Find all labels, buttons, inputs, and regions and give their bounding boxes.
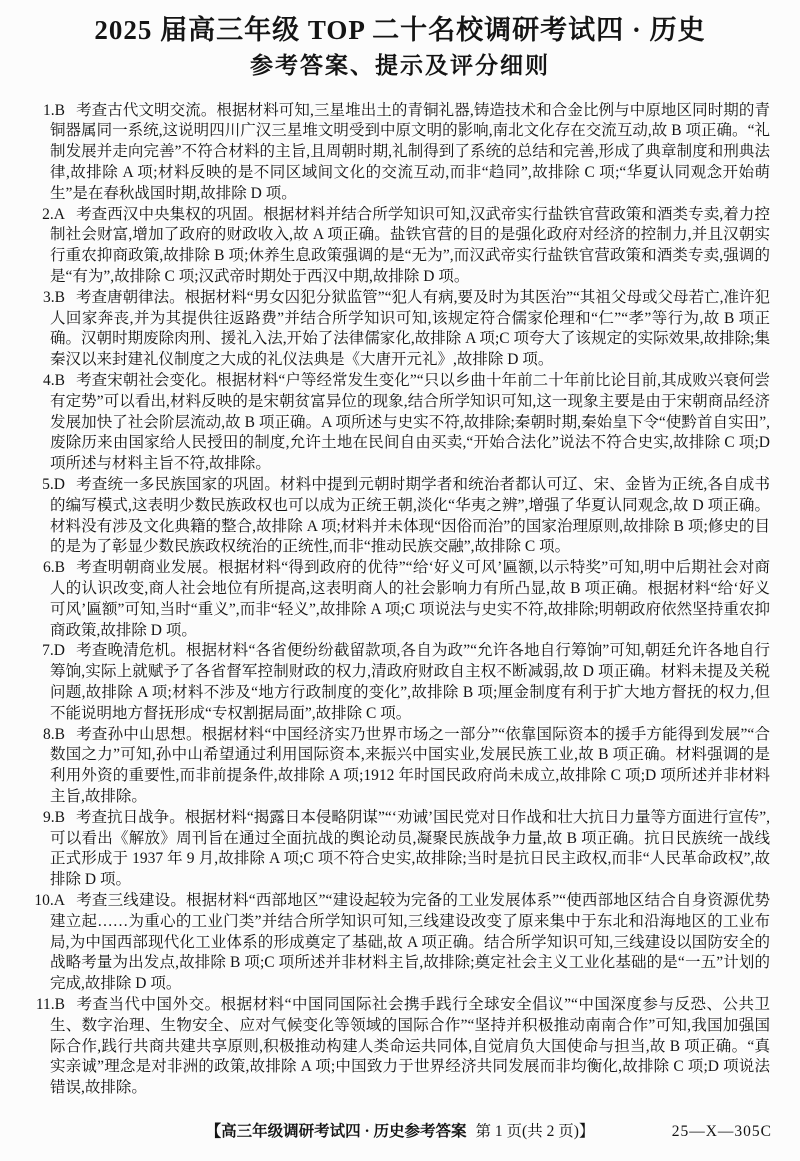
answer-text: 考查孙中山思想。根据材料“中国经济实乃世界市场之一部分”“依靠国际资本的援手方能… — [50, 726, 770, 805]
answer-number: 9.B — [31, 808, 65, 829]
answer-item-1: 1.B考查古代文明交流。根据材料可知,三星堆出土的青铜礼器,铸造技术和合金比例与… — [31, 101, 770, 205]
page-subtitle: 参考答案、提示及评分细则 — [0, 51, 800, 81]
answer-number: 11.B — [31, 995, 65, 1016]
answer-item-11: 11.B考查当代中国外交。根据材料“中国同国际社会携手践行全球安全倡议”“中国深… — [31, 995, 770, 1099]
answer-number: 2.A — [31, 205, 65, 226]
answer-item-3: 3.B考查唐朝律法。根据材料“男女囚犯分狱监管”“犯人有病,要及时为其医治”“其… — [31, 288, 770, 371]
answer-text: 考查当代中国外交。根据材料“中国同国际社会携手践行全球安全倡议”“中国深度参与反… — [50, 996, 770, 1096]
answer-item-7: 7.D考查晚清危机。根据材料“各省便纷纷截留款项,各自为政”“允许各地自行筹饷”… — [31, 641, 770, 724]
answer-list: 1.B考查古代文明交流。根据材料可知,三星堆出土的青铜礼器,铸造技术和合金比例与… — [0, 101, 800, 1099]
footer-page-info: 第 1 页(共 2 页)】 — [476, 1123, 595, 1140]
page-title: 2025 届高三年级 TOP 二十名校调研考试四 · 历史 — [0, 0, 800, 48]
answer-text: 考查西汉中央集权的巩固。根据材料并结合所学知识可知,汉武帝实行盐铁官营政策和酒类… — [50, 206, 770, 285]
answer-item-5: 5.D考查统一多民族国家的巩固。材料中提到元朝时期学者和统治者都认可辽、宋、金皆… — [31, 475, 770, 558]
answer-text: 考查宋朝社会变化。根据材料“户等经常发生变化”“只以乡曲十年前二十年前比论目前,… — [50, 372, 770, 472]
answer-text: 考查明朝商业发展。根据材料“得到政府的优待”“给‘好义可风’匾额,以示特奖”可知… — [50, 559, 770, 638]
answer-number: 8.B — [31, 725, 65, 746]
answer-text: 考查统一多民族国家的巩固。材料中提到元朝时期学者和统治者都认可辽、宋、金皆为正统… — [50, 476, 770, 555]
answer-number: 6.B — [31, 558, 65, 579]
answer-number: 7.D — [31, 641, 65, 662]
answer-number: 10.A — [31, 891, 65, 912]
answer-item-2: 2.A考查西汉中央集权的巩固。根据材料并结合所学知识可知,汉武帝实行盐铁官营政策… — [31, 205, 770, 288]
answer-item-4: 4.B考查宋朝社会变化。根据材料“户等经常发生变化”“只以乡曲十年前二十年前比论… — [31, 371, 770, 475]
exam-answer-page: 2025 届高三年级 TOP 二十名校调研考试四 · 历史 参考答案、提示及评分… — [0, 0, 800, 1161]
answer-text: 考查古代文明交流。根据材料可知,三星堆出土的青铜礼器,铸造技术和合金比例与中原地… — [50, 102, 770, 202]
answer-text: 考查抗日战争。根据材料“揭露日本侵略阴谋”“‘劝诫’国民党对日作战和壮大抗日力量… — [50, 809, 770, 888]
answer-number: 1.B — [31, 101, 65, 122]
answer-number: 3.B — [31, 288, 65, 309]
answer-item-8: 8.B考查孙中山思想。根据材料“中国经济实乃世界市场之一部分”“依靠国际资本的援… — [31, 725, 770, 808]
answer-item-10: 10.A考查三线建设。根据材料“西部地区”“建设起较为完备的工业发展体系”“使西… — [31, 891, 770, 995]
answer-text: 考查三线建设。根据材料“西部地区”“建设起较为完备的工业发展体系”“使西部地区结… — [50, 892, 770, 992]
answer-item-9: 9.B考查抗日战争。根据材料“揭露日本侵略阴谋”“‘劝诫’国民党对日作战和壮大抗… — [31, 808, 770, 891]
footer: 【高三年级调研考试四 · 历史参考答案第 1 页(共 2 页)】 25—X—30… — [0, 1121, 800, 1143]
footer-exam-label: 【高三年级调研考试四 · 历史参考答案 — [206, 1123, 467, 1140]
answer-text: 考查唐朝律法。根据材料“男女囚犯分狱监管”“犯人有病,要及时为其医治”“其祖父母… — [50, 289, 770, 368]
footer-doc-code: 25—X—305C — [672, 1121, 772, 1143]
answer-item-6: 6.B考查明朝商业发展。根据材料“得到政府的优待”“给‘好义可风’匾额,以示特奖… — [31, 558, 770, 641]
answer-text: 考查晚清危机。根据材料“各省便纷纷截留款项,各自为政”“允许各地自行筹饷”可知,… — [50, 642, 770, 721]
answer-number: 5.D — [31, 475, 65, 496]
answer-number: 4.B — [31, 371, 65, 392]
